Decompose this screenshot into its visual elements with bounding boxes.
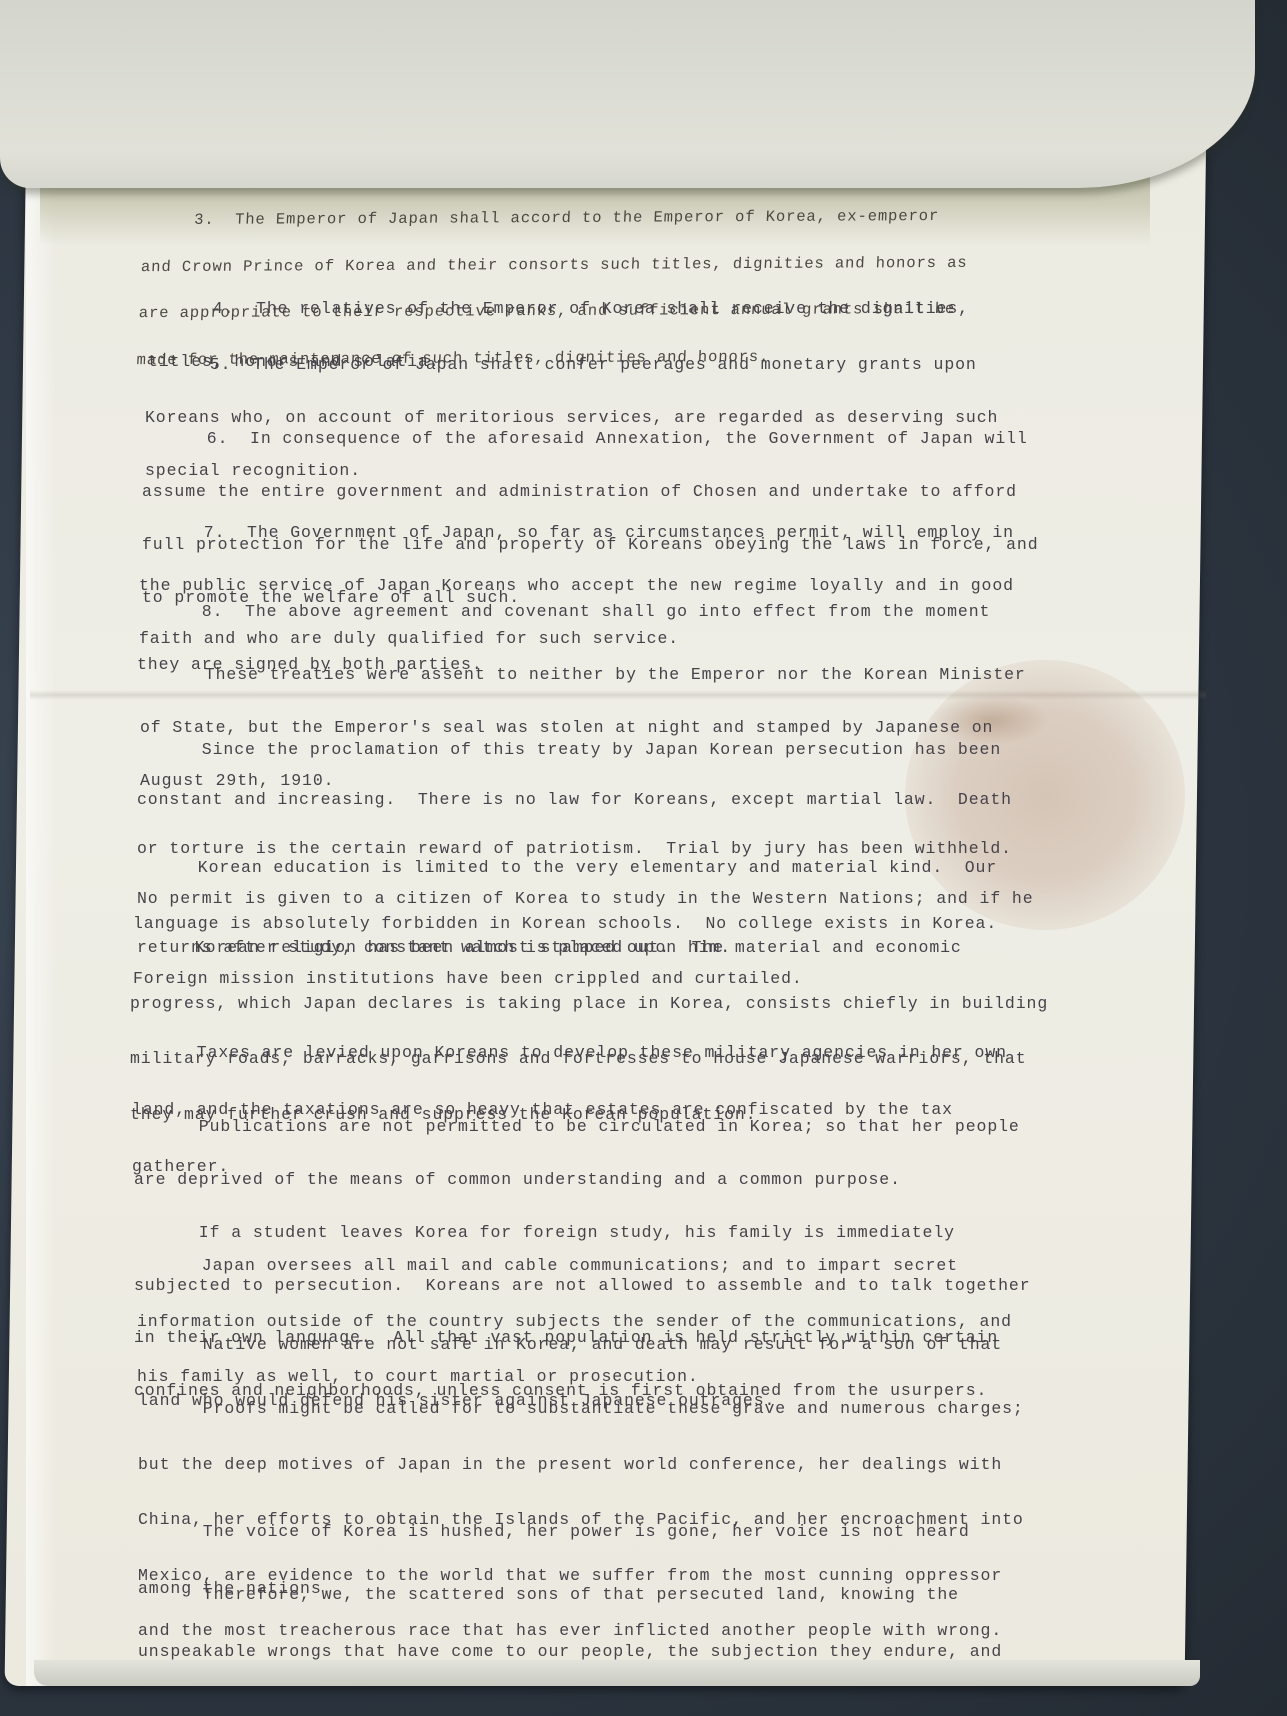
curled-previous-page bbox=[0, 0, 1255, 188]
typed-text-body: 3. The Emperor of Japan shall accord to … bbox=[0, 0, 1287, 1716]
page-bottom-edge bbox=[34, 1660, 1200, 1686]
